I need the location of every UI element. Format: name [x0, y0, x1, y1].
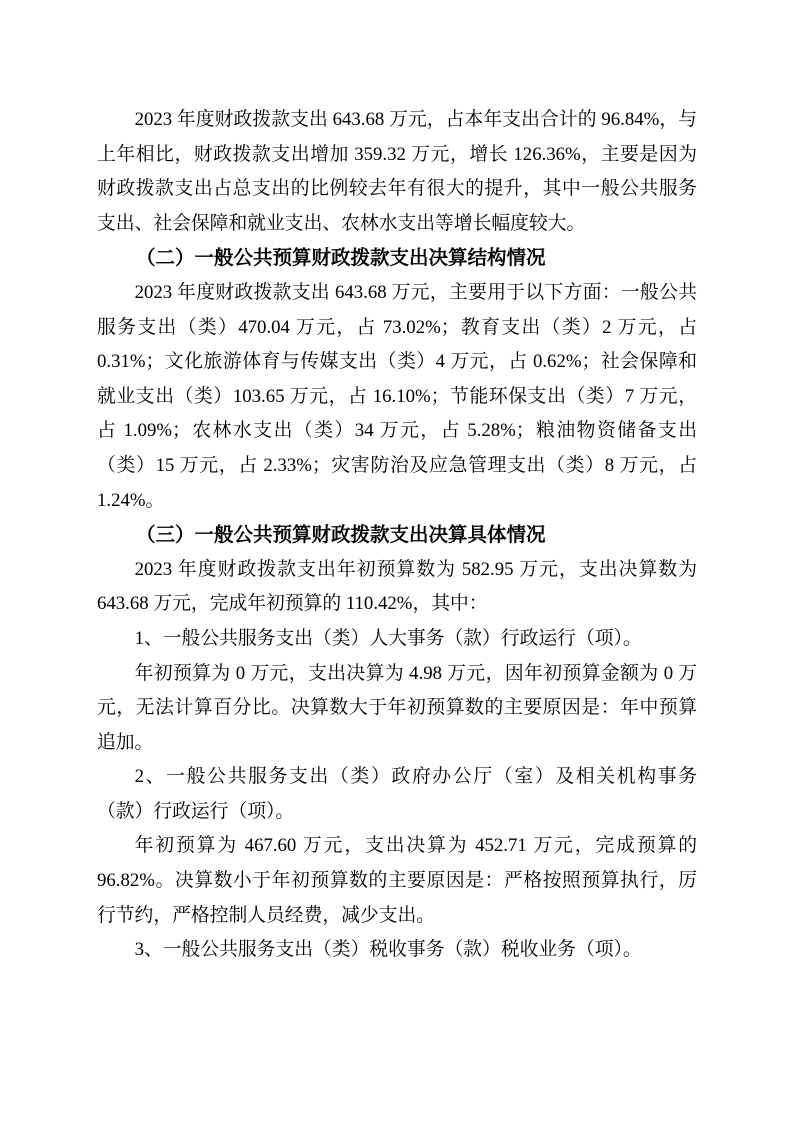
para-item-1-title: 1、一般公共服务支出（类）人大事务（款）行政运行（项）。 [97, 622, 697, 657]
heading-section-3-expenditure-details: （三）一般公共预算财政拨款支出决算具体情况 [97, 518, 697, 553]
para-item-2-detail: 年初预算为 467.60 万元，支出决算为 452.71 万元，完成预算的 96… [97, 829, 697, 933]
para-expenditure-structure-breakdown: 2023 年度财政拨款支出 643.68 万元，主要用于以下方面：一般公共服务支… [97, 276, 697, 518]
para-item-3-title: 3、一般公共服务支出（类）税收事务（款）税收业务（项）。 [97, 933, 697, 968]
document-body: 2023 年度财政拨款支出 643.68 万元，占本年支出合计的 96.84%，… [97, 103, 697, 968]
para-budget-vs-final-summary: 2023 年度财政拨款支出年初预算数为 582.95 万元，支出决算数为 643… [97, 553, 697, 622]
para-item-2-title: 2、一般公共服务支出（类）政府办公厅（室）及相关机构事务（款）行政运行（项）。 [97, 760, 697, 829]
para-item-1-detail: 年初预算为 0 万元，支出决算为 4.98 万元，因年初预算金额为 0 万元，无… [97, 657, 697, 761]
heading-section-2-expenditure-structure: （二）一般公共预算财政拨款支出决算结构情况 [97, 241, 697, 276]
document-page: 2023 年度财政拨款支出 643.68 万元，占本年支出合计的 96.84%，… [0, 0, 793, 1122]
para-fiscal-expenditure-overview: 2023 年度财政拨款支出 643.68 万元，占本年支出合计的 96.84%，… [97, 103, 697, 241]
